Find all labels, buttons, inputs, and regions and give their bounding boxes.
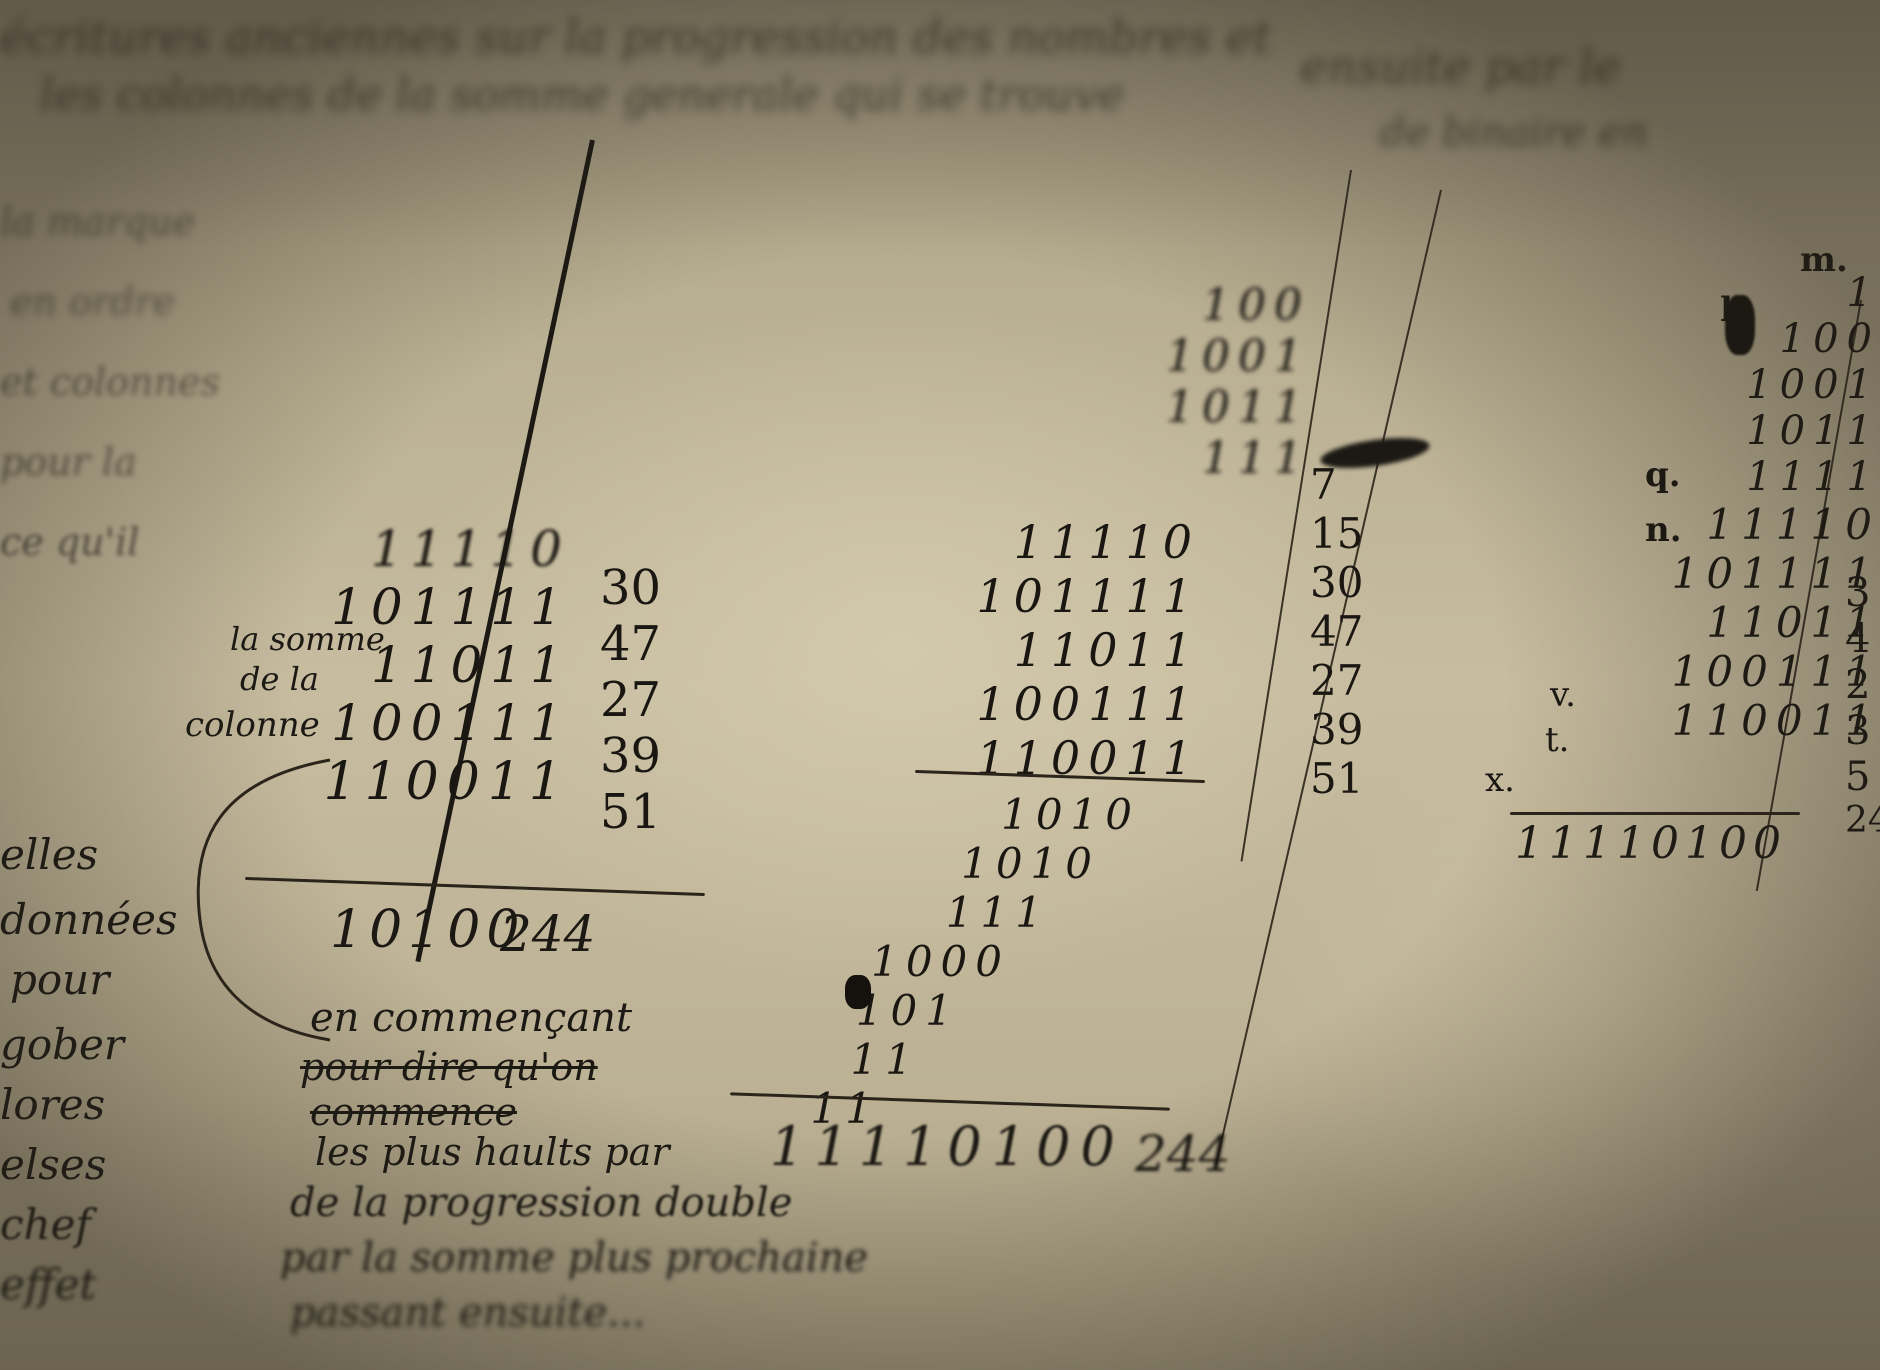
decimal-value: 24: [1845, 800, 1880, 841]
carry-row: 11: [780, 1035, 1160, 1084]
carry-row: 1010: [780, 839, 1160, 888]
binary-row: 100111: [1590, 647, 1880, 696]
middle-result-binary: 11110100: [770, 1115, 1125, 1178]
decimal-value: 47: [1310, 607, 1363, 656]
binary-row: 1001: [1590, 362, 1880, 408]
binary-row: 11011: [1590, 598, 1880, 647]
blurred-text-line: ensuite par le: [1300, 40, 1621, 94]
binary-row: 110011: [1590, 696, 1880, 745]
margin-fragment: lores: [0, 1080, 105, 1129]
decimal-value: 39: [600, 728, 661, 784]
ink-blot: [1725, 295, 1755, 355]
note-line-struck: commence: [310, 1090, 517, 1134]
carry-row: 101: [780, 986, 1160, 1035]
binary-row: 101111: [940, 569, 1200, 623]
right-sum-rule: [1510, 812, 1800, 815]
margin-fragment: ce qu'il: [0, 520, 139, 564]
note-line: en commençant: [310, 995, 632, 1041]
binary-row: 100111: [940, 677, 1200, 731]
note-line-struck: pour dire qu'on: [300, 1045, 598, 1089]
left-result-decimal: 244: [500, 905, 595, 963]
binary-row: 1011: [1100, 382, 1310, 433]
binary-row: 1011: [1590, 408, 1880, 454]
right-partial-decimal: 3 4 2 3 5 24: [1845, 570, 1880, 841]
decimal-value: 3: [1845, 570, 1880, 616]
decimal-value: 15: [1310, 509, 1363, 558]
binary-row: 1111: [1590, 454, 1880, 500]
right-result-binary: 11110100: [1515, 818, 1787, 869]
decimal-value: 51: [600, 784, 661, 840]
left-result-binary: 10100: [330, 900, 525, 960]
decimal-value: 4: [1845, 616, 1880, 662]
middle-top-rows: 100 1001 1011 111: [1100, 280, 1310, 484]
carry-row: 111: [780, 888, 1160, 937]
left-binary-column: 11110 101111 11011 100111 110011: [310, 520, 570, 812]
row-label: t.: [1545, 720, 1569, 760]
decimal-value: 47: [600, 616, 661, 672]
margin-note: de la: [240, 660, 319, 698]
margin-fragment: la marque: [0, 200, 195, 244]
decimal-value: 5: [1845, 754, 1880, 800]
blurred-text-line: de binaire en: [1380, 110, 1648, 156]
binary-row: 1001: [1100, 331, 1310, 382]
margin-fragment: elles: [0, 830, 98, 879]
decimal-value: 30: [600, 560, 661, 616]
note-line: de la progression double: [290, 1180, 792, 1226]
binary-row: 11110: [310, 520, 570, 578]
margin-fragment: gober: [0, 1020, 124, 1069]
margin-fragment: données: [0, 895, 178, 944]
binary-row: 101111: [1590, 549, 1880, 598]
middle-result-decimal: 244: [1135, 1125, 1230, 1183]
decimal-value: 3: [1845, 708, 1880, 754]
middle-carry-rows: 1010 1010 111 1000 101 11 11: [780, 790, 1160, 1133]
carry-row: 1010: [780, 790, 1160, 839]
margin-fragment: et colonnes: [0, 360, 220, 404]
decimal-value: 27: [1310, 656, 1363, 705]
carry-row: 1000: [780, 937, 1160, 986]
binary-row: 111: [1100, 433, 1310, 484]
decimal-value: 30: [1310, 558, 1363, 607]
decimal-value: 39: [1310, 705, 1363, 754]
margin-fragment: effet: [0, 1260, 96, 1309]
margin-note: la somme: [230, 620, 385, 658]
row-label: x.: [1485, 760, 1515, 800]
note-line: par la somme plus prochaine: [280, 1235, 868, 1281]
blurred-text-line: écritures anciennes sur la progression d…: [0, 10, 1271, 64]
row-label: v.: [1550, 675, 1576, 715]
middle-decimal-column: 7 15 30 47 27 39 51: [1310, 460, 1363, 803]
binary-row: 11110: [940, 515, 1200, 569]
binary-row: 100111: [310, 694, 570, 752]
margin-fragment: en ordre: [10, 280, 175, 324]
ink-blot: [845, 975, 871, 1009]
decimal-value: 2: [1845, 662, 1880, 708]
binary-row: 110011: [310, 752, 570, 812]
blurred-text-line: les colonnes de la somme generale qui se…: [40, 70, 1124, 121]
binary-row: 11011: [940, 623, 1200, 677]
margin-fragment: elses: [0, 1140, 106, 1189]
decimal-value: 27: [600, 672, 661, 728]
left-decimal-column: 30 47 27 39 51: [600, 560, 661, 840]
note-line: passant ensuite...: [290, 1290, 645, 1336]
margin-fragment: pour: [10, 955, 109, 1004]
note-line: les plus haults par: [315, 1130, 670, 1174]
binary-row: 11110: [1590, 500, 1880, 549]
binary-row: 100: [1100, 280, 1310, 331]
decimal-value: 51: [1310, 754, 1363, 803]
margin-fragment: pour la: [0, 440, 137, 484]
middle-binary-column: 11110 101111 11011 100111 110011: [940, 515, 1200, 785]
margin-fragment: chef: [0, 1200, 91, 1249]
